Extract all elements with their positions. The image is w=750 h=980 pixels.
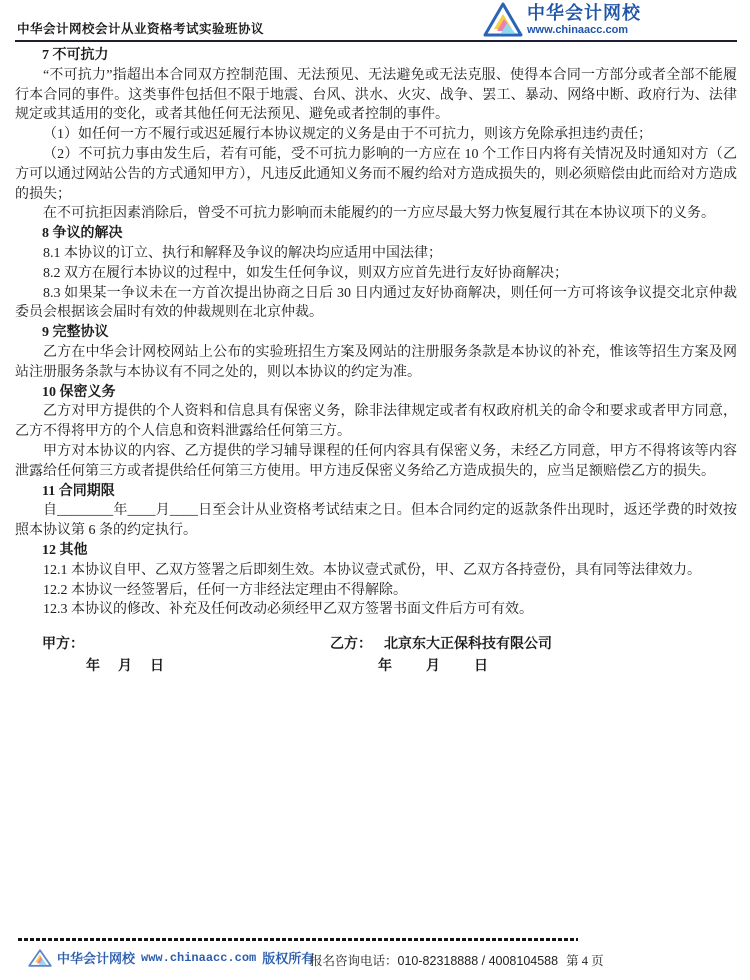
contract-paragraph: 乙方在中华会计网校网站上公布的实验班招生方案及网站的注册服务条款是本协议的补充，… [15,343,737,383]
document-title: 中华会计网校会计从业资格考试实验班协议 [17,19,264,37]
contract-paragraph: 8.3 如果某一争议未在一方首次提出协商之日后 30 日内通过友好协商解决，则任… [15,284,737,324]
footer-contact: 报名咨询电话：010-82318888 / 4008104588第 4 页 [310,951,604,969]
footer-dashed-divider [18,938,578,941]
logo-triangle-icon [483,2,523,38]
logo-site-url: www.chinaacc.com [527,25,641,37]
footer-logo-brand-name: 中华会计网校 [57,948,135,967]
logo-brand-name: 中华会计网校 [527,4,641,23]
page-header: 中华会计网校会计从业资格考试实验班协议 中华会计网校 www.chinaacc.… [15,0,737,42]
signature-block: 甲方： 年 月 日 乙方：北京东大正保科技有限公司 年 月 日 [15,635,737,677]
document-body: 7 不可抗力“不可抗力”指超出本合同双方控制范围、无法预见、无法避免或无法克服、… [15,46,737,620]
contract-page: { "header": { "doc_title": "中华会计网校会计从业资格… [0,0,750,980]
section-heading: 10 保密义务 [42,383,737,403]
contract-paragraph: 8.1 本协议的订立、执行和解释及争议的解决均应适用中国法律； [15,244,737,264]
contract-paragraph: 乙方对甲方提供的个人资料和信息具有保密义务，除非法律规定或者有权政府机关的命令和… [15,402,737,442]
contract-paragraph: 自________年____月____日至会计从业资格考试结束之日。但本合同约定… [15,501,737,541]
contract-paragraph: （1）如任何一方不履行或迟延履行本协议规定的义务是由于不可抗力，则该方免除承担违… [15,125,737,145]
page-footer: 中华会计网校 www.chinaacc.com 版权所有 报名咨询电话：010-… [0,935,750,980]
contract-paragraph: 8.2 双方在履行本协议的过程中，如发生任何争议，则双方应首先进行友好协商解决； [15,264,737,284]
party-a-column: 甲方： 年 月 日 [42,635,302,677]
party-a-label: 甲方： [42,635,302,655]
footer-phone-numbers: 010-82318888 / 4008104588 [398,954,559,968]
party-b-name: 北京东大正保科技有限公司 [384,637,552,652]
contract-paragraph: 12.2 本协议一经签署后，任何一方非经法定理由不得解除。 [15,581,737,601]
party-b-date-line: 年 月 日 [378,657,552,677]
contract-paragraph: 在不可抗拒因素消除后，曾受不可抗力影响而未能履约的一方应尽最大努力恢复履行其在本… [15,204,737,224]
footer-page-number: 第 4 页 [566,954,604,968]
contract-paragraph: “不可抗力”指超出本合同双方控制范围、无法预见、无法避免或无法克服、使得本合同一… [15,66,737,125]
party-a-date-line: 年 月 日 [86,657,302,677]
contract-paragraph: 12.1 本协议自甲、乙双方签署之后即刻生效。本协议壹式贰份，甲、乙双方各持壹份… [15,561,737,581]
party-b-column: 乙方：北京东大正保科技有限公司 年 月 日 [330,635,552,677]
section-heading: 12 其他 [42,541,737,561]
footer-logo-triangle-icon [28,949,52,967]
site-logo: 中华会计网校 www.chinaacc.com [483,2,641,38]
party-b-label: 乙方： [330,637,372,652]
contract-paragraph: 12.3 本协议的修改、补充及任何改动必须经甲乙双方签署书面文件后方可有效。 [15,600,737,620]
party-b-line: 乙方：北京东大正保科技有限公司 [330,635,552,655]
section-heading: 9 完整协议 [42,323,737,343]
section-heading: 11 合同期限 [42,482,737,502]
section-heading: 8 争议的解决 [42,224,737,244]
contract-paragraph: 甲方对本协议的内容、乙方提供的学习辅导课程的任何内容具有保密义务，未经乙方同意，… [15,442,737,482]
footer-phone-label: 报名咨询电话： [310,954,398,968]
contract-paragraph: （2）不可抗力事由发生后，若有可能，受不可抗力影响的一方应在 10 个工作日内将… [15,145,737,204]
logo-text: 中华会计网校 www.chinaacc.com [527,4,641,36]
footer-brand: 中华会计网校 www.chinaacc.com 版权所有 [28,948,314,967]
footer-copyright: 版权所有 [262,948,314,967]
section-heading: 7 不可抗力 [42,46,737,66]
footer-site-url: www.chinaacc.com [141,951,256,965]
